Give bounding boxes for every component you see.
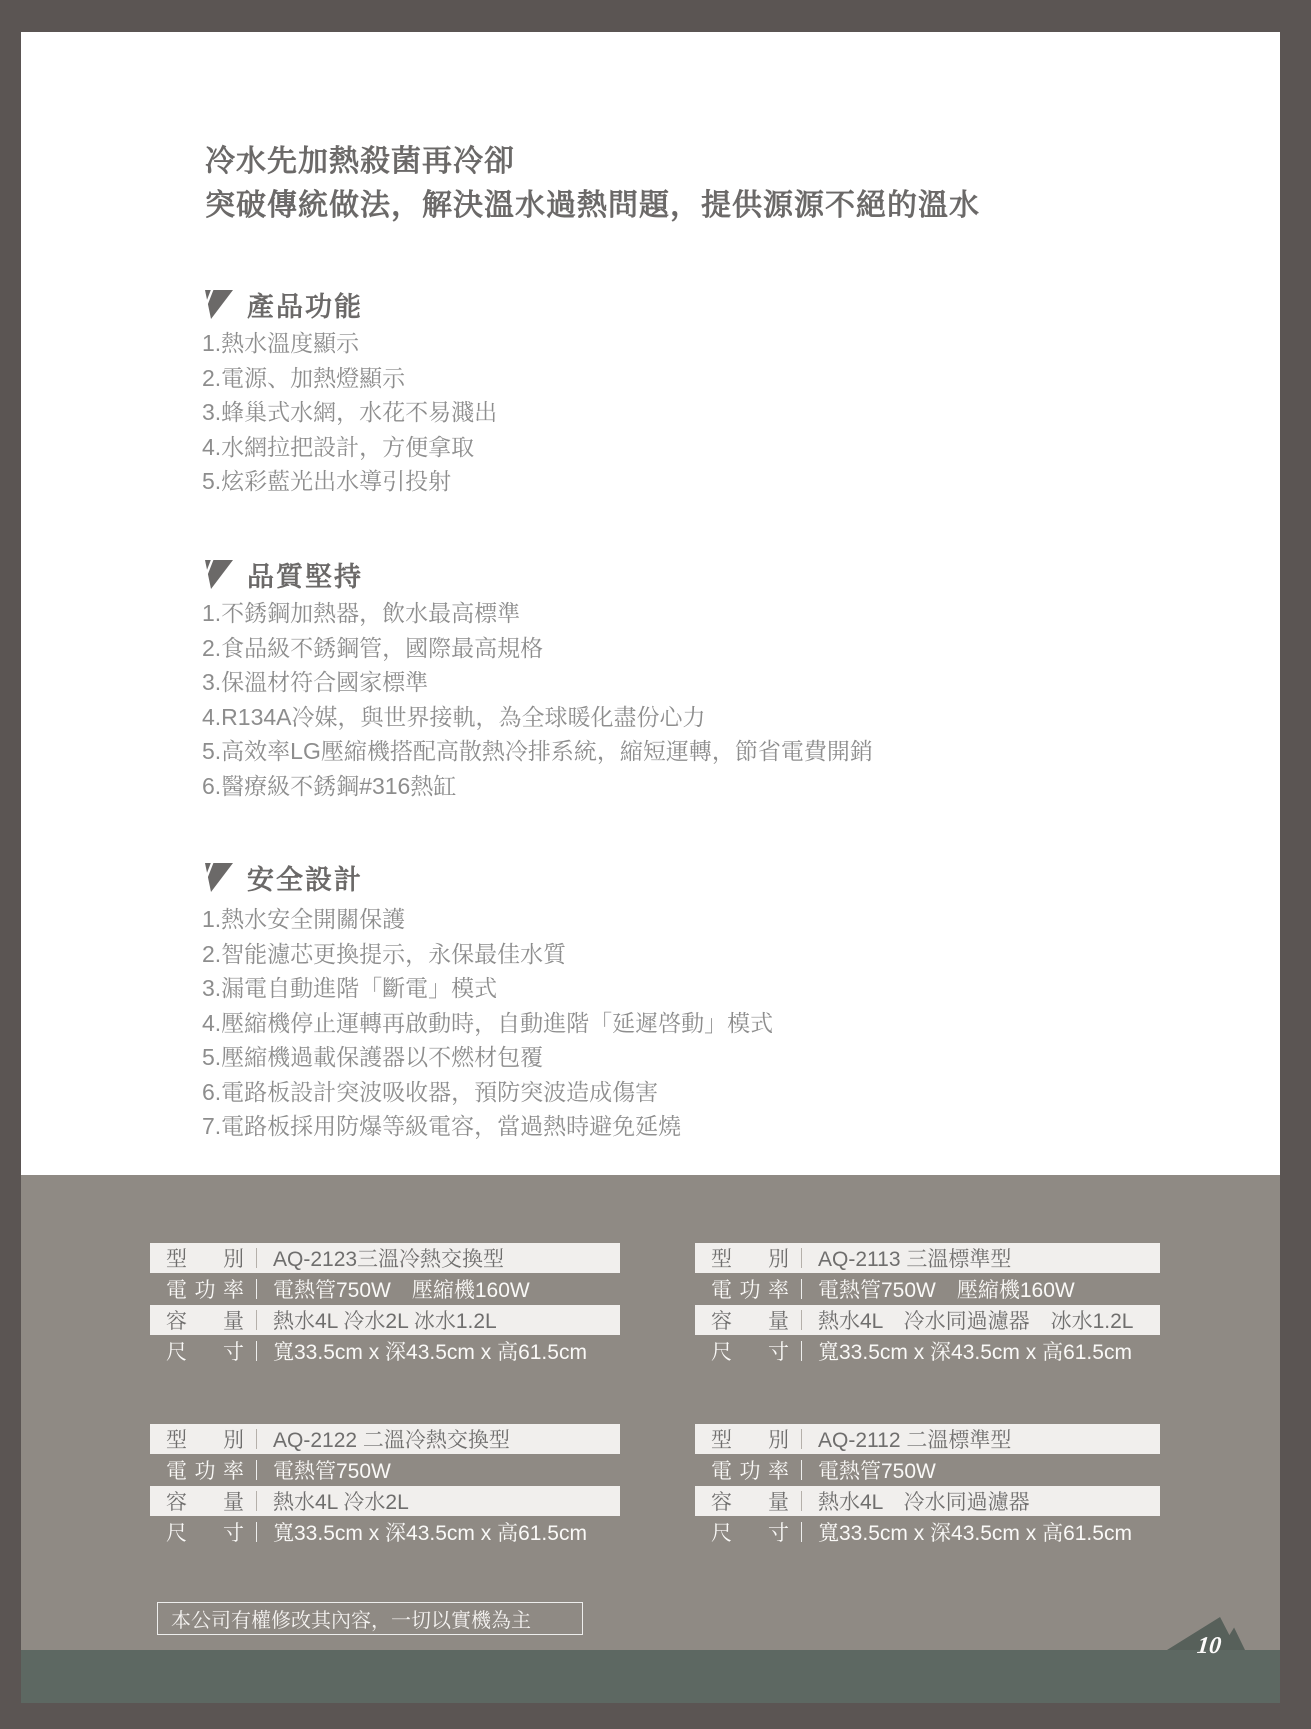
headline-line1: 冷水先加熱殺菌再冷卻 (205, 140, 980, 184)
list-item: 5.炫彩藍光出水導引投射 (202, 464, 497, 499)
spec-label: 尺 寸 (166, 1517, 244, 1547)
spec-value: 寬33.5cm x 深43.5cm x 高61.5cm (273, 1517, 587, 1547)
spec-table-aq-2122: 型 別 AQ-2122 二溫冷熱交換型 電功率 電熱管750W 容 量 熱水4L… (150, 1424, 620, 1548)
list-item: 2.智能濾芯更換提示，永保最佳水質 (202, 937, 773, 972)
list-item: 1.不銹鋼加熱器，飲水最高標準 (202, 596, 873, 631)
spec-label: 電功率 (711, 1455, 789, 1485)
spec-value: AQ-2122 二溫冷熱交換型 (273, 1424, 510, 1454)
section-heading-label: 產品功能 (247, 285, 363, 324)
section-heading-quality: 品質堅持 (205, 560, 363, 589)
divider (256, 1429, 257, 1449)
spec-label: 尺 寸 (711, 1517, 789, 1547)
spec-row-power: 電功率 電熱管750W 壓縮機160W (695, 1274, 1160, 1304)
spec-value: AQ-2123三溫冷熱交換型 (273, 1243, 504, 1273)
spec-label: 型 別 (711, 1424, 789, 1454)
section-marker-icon (205, 863, 233, 892)
list-item: 5.壓縮機過載保護器以不燃材包覆 (202, 1040, 773, 1075)
headline: 冷水先加熱殺菌再冷卻 突破傳統做法，解決溫水過熱問題，提供源源不絕的溫水 (205, 140, 980, 228)
spec-label: 電功率 (166, 1455, 244, 1485)
spec-label: 型 別 (711, 1243, 789, 1273)
divider (256, 1310, 257, 1330)
headline-line2: 突破傳統做法，解決溫水過熱問題，提供源源不絕的溫水 (205, 184, 980, 228)
spec-value: 熱水4L 冷水2L 冰水1.2L (273, 1305, 497, 1335)
spec-label: 電功率 (711, 1274, 789, 1304)
spec-value: 寬33.5cm x 深43.5cm x 高61.5cm (273, 1336, 587, 1366)
spec-row-power: 電功率 電熱管750W (150, 1455, 620, 1485)
spec-label: 電功率 (166, 1274, 244, 1304)
divider (801, 1341, 802, 1361)
spec-row-model: 型 別 AQ-2122 二溫冷熱交換型 (150, 1424, 620, 1454)
list-item: 1.熱水溫度顯示 (202, 326, 497, 361)
spec-value: AQ-2112 二溫標準型 (818, 1424, 1011, 1454)
spec-row-model: 型 別 AQ-2113 三溫標準型 (695, 1243, 1160, 1273)
spec-value: 電熱管750W (273, 1455, 391, 1485)
spec-row-power: 電功率 電熱管750W 壓縮機160W (150, 1274, 620, 1304)
spec-label: 型 別 (166, 1424, 244, 1454)
spec-value: 寬33.5cm x 深43.5cm x 高61.5cm (818, 1336, 1132, 1366)
list-item: 4.R134A冷媒，與世界接軌，為全球暖化盡份心力 (202, 700, 873, 735)
safety-list: 1.熱水安全開關保護 2.智能濾芯更換提示，永保最佳水質 3.漏電自動進階「斷電… (202, 902, 773, 1144)
spec-value: 電熱管750W 壓縮機160W (818, 1274, 1075, 1304)
spec-row-capacity: 容 量 熱水4L 冷水同過濾器 冰水1.2L (695, 1305, 1160, 1335)
divider (256, 1248, 257, 1268)
spec-row-dimensions: 尺 寸 寬33.5cm x 深43.5cm x 高61.5cm (150, 1336, 620, 1366)
list-item: 3.蜂巢式水網，水花不易濺出 (202, 395, 497, 430)
spec-table-aq-2112: 型 別 AQ-2112 二溫標準型 電功率 電熱管750W 容 量 熱水4L 冷… (695, 1424, 1160, 1548)
page-number: 10 (1196, 1633, 1223, 1660)
spec-label: 容 量 (711, 1305, 789, 1335)
disclaimer-text: 本公司有權修改其內容，一切以實機為主 (171, 1604, 531, 1633)
section-heading-product-functions: 產品功能 (205, 290, 363, 319)
spec-value: 電熱管750W (818, 1455, 936, 1485)
list-item: 4.壓縮機停止運轉再啟動時，自動進階「延遲啓動」模式 (202, 1006, 773, 1041)
spec-table-aq-2123: 型 別 AQ-2123三溫冷熱交換型 電功率 電熱管750W 壓縮機160W 容… (150, 1243, 620, 1367)
spec-value: 熱水4L 冷水2L (273, 1486, 409, 1516)
catalog-page: 冷水先加熱殺菌再冷卻 突破傳統做法，解決溫水過熱問題，提供源源不絕的溫水 產品功… (0, 0, 1311, 1729)
spec-row-model: 型 別 AQ-2123三溫冷熱交換型 (150, 1243, 620, 1273)
list-item: 4.水網拉把設計，方便拿取 (202, 430, 497, 465)
spec-label: 容 量 (711, 1486, 789, 1516)
divider (801, 1491, 802, 1511)
spec-label: 尺 寸 (711, 1336, 789, 1366)
page-content-area: 冷水先加熱殺菌再冷卻 突破傳統做法，解決溫水過熱問題，提供源源不絕的溫水 產品功… (21, 32, 1280, 1703)
spec-row-dimensions: 尺 寸 寬33.5cm x 深43.5cm x 高61.5cm (695, 1517, 1160, 1547)
disclaimer-note: 本公司有權修改其內容，一切以實機為主 (157, 1602, 583, 1635)
spec-value: 寬33.5cm x 深43.5cm x 高61.5cm (818, 1517, 1132, 1547)
product-functions-list: 1.熱水溫度顯示 2.電源、加熱燈顯示 3.蜂巢式水網，水花不易濺出 4.水網拉… (202, 326, 497, 499)
spec-row-dimensions: 尺 寸 寬33.5cm x 深43.5cm x 高61.5cm (695, 1336, 1160, 1366)
spec-row-power: 電功率 電熱管750W (695, 1455, 1160, 1485)
divider (801, 1460, 802, 1480)
section-heading-safety: 安全設計 (205, 863, 363, 892)
spec-row-model: 型 別 AQ-2112 二溫標準型 (695, 1424, 1160, 1454)
bottom-band (21, 1650, 1280, 1703)
spec-table-aq-2113: 型 別 AQ-2113 三溫標準型 電功率 電熱管750W 壓縮機160W 容 … (695, 1243, 1160, 1367)
divider (256, 1491, 257, 1511)
divider (801, 1429, 802, 1449)
spec-label: 尺 寸 (166, 1336, 244, 1366)
spec-label: 容 量 (166, 1305, 244, 1335)
spec-label: 容 量 (166, 1486, 244, 1516)
divider (256, 1341, 257, 1361)
spec-row-dimensions: 尺 寸 寬33.5cm x 深43.5cm x 高61.5cm (150, 1517, 620, 1547)
list-item: 1.熱水安全開關保護 (202, 902, 773, 937)
spec-row-capacity: 容 量 熱水4L 冷水同過濾器 (695, 1486, 1160, 1516)
list-item: 3.保溫材符合國家標準 (202, 665, 873, 700)
section-marker-icon (205, 290, 233, 319)
spec-value: 熱水4L 冷水同過濾器 (818, 1486, 1030, 1516)
divider (801, 1522, 802, 1542)
list-item: 6.電路板設計突波吸收器，預防突波造成傷害 (202, 1075, 773, 1110)
list-item: 6.醫療級不銹鋼#316熱缸 (202, 769, 873, 804)
list-item: 7.電路板採用防爆等級電容，當過熱時避免延燒 (202, 1109, 773, 1144)
spec-value: 電熱管750W 壓縮機160W (273, 1274, 530, 1304)
quality-list: 1.不銹鋼加熱器，飲水最高標準 2.食品級不銹鋼管，國際最高規格 3.保溫材符合… (202, 596, 873, 803)
section-heading-label: 品質堅持 (247, 555, 363, 594)
section-marker-icon (205, 560, 233, 589)
spec-row-capacity: 容 量 熱水4L 冷水2L (150, 1486, 620, 1516)
list-item: 3.漏電自動進階「斷電」模式 (202, 971, 773, 1006)
list-item: 2.食品級不銹鋼管，國際最高規格 (202, 631, 873, 666)
divider (256, 1460, 257, 1480)
spec-label: 型 別 (166, 1243, 244, 1273)
section-heading-label: 安全設計 (247, 858, 363, 897)
list-item: 5.高效率LG壓縮機搭配高散熱冷排系統，縮短運轉，節省電費開銷 (202, 734, 873, 769)
spec-value: 熱水4L 冷水同過濾器 冰水1.2L (818, 1305, 1133, 1335)
divider (801, 1279, 802, 1299)
list-item: 2.電源、加熱燈顯示 (202, 361, 497, 396)
spec-row-capacity: 容 量 熱水4L 冷水2L 冰水1.2L (150, 1305, 620, 1335)
divider (801, 1248, 802, 1268)
divider (256, 1522, 257, 1542)
divider (801, 1310, 802, 1330)
spec-value: AQ-2113 三溫標準型 (818, 1243, 1011, 1273)
divider (256, 1279, 257, 1299)
